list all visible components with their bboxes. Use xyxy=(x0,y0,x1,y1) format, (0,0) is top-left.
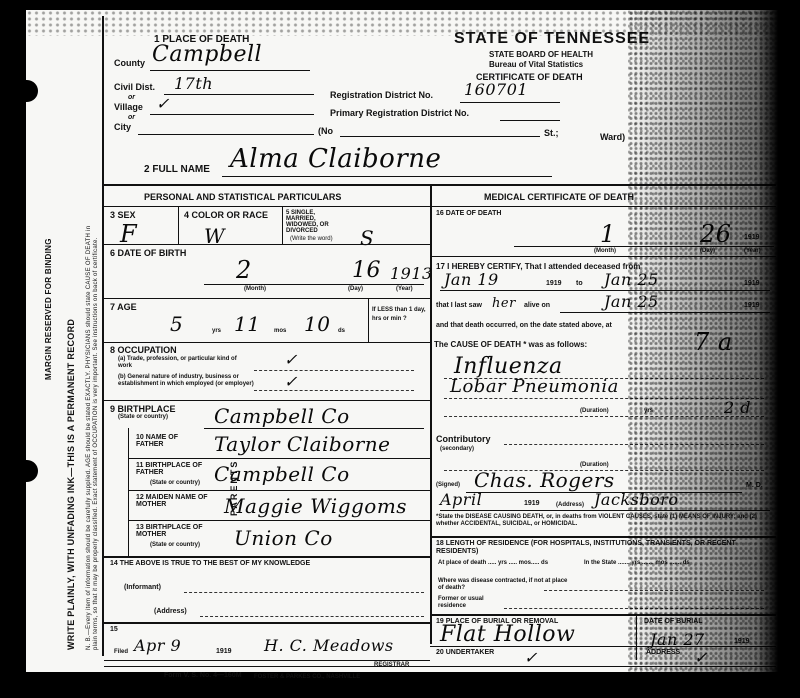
last-saw-date: Jan 25 xyxy=(604,292,659,311)
state-title: STATE OF TENNESSEE xyxy=(454,30,650,48)
death-year: 1919 xyxy=(744,234,760,241)
mother-birthplace: Union Co xyxy=(234,526,333,550)
binder-hole xyxy=(26,80,38,102)
undertaker-address: ✓ xyxy=(694,648,708,667)
ink-instruction: WRITE PLAINLY, WITH UNFADING INK—THIS IS… xyxy=(66,319,76,650)
burial-place: Flat Hollow xyxy=(440,622,575,647)
civil-dist-value: 17th xyxy=(174,74,213,93)
registration-district-value: 160701 xyxy=(464,80,528,99)
city-label: City xyxy=(114,122,131,132)
printer-credit: FOSTER & PARKES CO., NASHVILLE xyxy=(254,674,360,680)
mother-name: Maggie Wiggoms xyxy=(224,494,407,518)
signed-date: April xyxy=(440,490,482,509)
duration-value: 2 d xyxy=(724,398,751,417)
attended-from: Jan 19 xyxy=(444,270,499,289)
nb-note: N. B.—Every item of information should b… xyxy=(86,210,100,650)
occupation-b: ✓ xyxy=(284,372,298,391)
certificate-title: CERTIFICATE OF DEATH xyxy=(476,72,583,82)
dob-month: 2 xyxy=(236,256,252,284)
filed-date: Apr 9 xyxy=(134,636,181,655)
occupation-a: ✓ xyxy=(284,350,298,369)
personal-heading: PERSONAL AND STATISTICAL PARTICULARS xyxy=(144,192,341,202)
binding-instruction: MARGIN RESERVED FOR BINDING xyxy=(44,238,53,380)
dob-year: 1913 xyxy=(390,264,433,283)
village-label: Village xyxy=(114,102,143,112)
full-name-label: 2 FULL NAME xyxy=(144,164,210,175)
physician-address: Jacksboro xyxy=(594,490,678,509)
age-years: 5 xyxy=(170,312,183,336)
cause-secondary: Lobar Pneumonia xyxy=(450,376,619,397)
father-birthplace: Campbell Co xyxy=(214,462,350,486)
physician-signature: Chas. Rogers xyxy=(474,468,615,492)
full-name-value: Alma Claiborne xyxy=(230,144,441,174)
registration-district-label: Registration District No. xyxy=(330,90,433,100)
time-of-death: 7 a xyxy=(694,328,733,356)
death-month: 1 xyxy=(600,220,616,248)
last-saw-pronoun: her xyxy=(492,296,516,311)
county-value: Campbell xyxy=(152,42,262,67)
age-months: 11 xyxy=(234,312,260,336)
binding-margin: WRITE PLAINLY, WITH UNFADING INK—THIS IS… xyxy=(26,10,102,672)
binder-hole xyxy=(26,460,38,482)
attended-to: Jan 25 xyxy=(604,270,659,289)
marital-value: S xyxy=(360,226,374,250)
primary-registration-label: Primary Registration District No. xyxy=(330,108,469,118)
cause-footnote: *State the DISEASE CAUSING DEATH, or, in… xyxy=(436,514,766,528)
medical-heading: MEDICAL CERTIFICATE OF DEATH xyxy=(484,192,634,202)
undertaker-value: ✓ xyxy=(524,648,538,667)
registrar-signature: H. C. Meadows xyxy=(264,636,394,655)
certificate-form: 1 PLACE OF DEATH County Campbell Civil D… xyxy=(102,16,776,656)
county-label: County xyxy=(114,58,145,68)
death-day: 26 xyxy=(700,220,732,248)
civil-dist-label: Civil Dist. xyxy=(114,82,155,92)
form-number: Form V. S. No. 4—160M xyxy=(164,672,242,679)
birthplace-value: Campbell Co xyxy=(214,404,350,428)
father-name: Taylor Claiborne xyxy=(214,432,391,456)
village-value: ✓ xyxy=(156,94,170,113)
age-days: 10 xyxy=(304,312,330,336)
dob-day: 16 xyxy=(352,258,381,283)
